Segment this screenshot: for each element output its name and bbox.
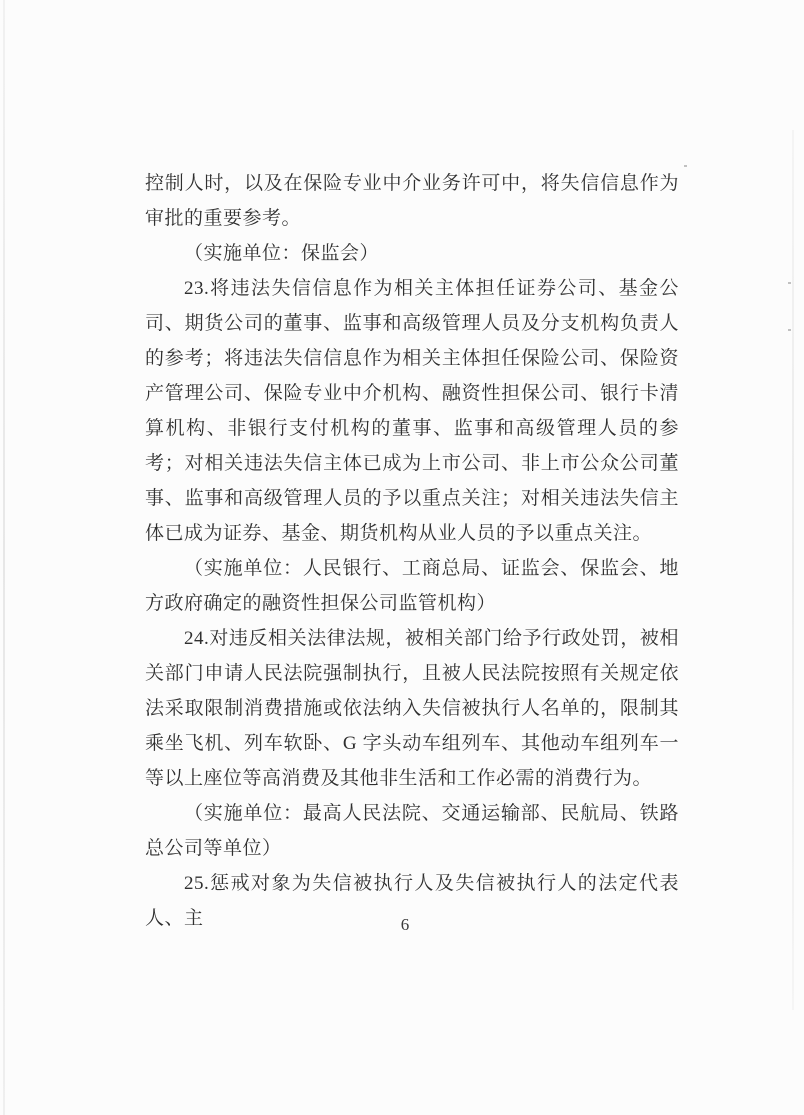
paragraph-item-23: 23.将违法失信信息作为相关主体担任证券公司、基金公司、期货公司的董事、监事和高… [145,271,679,551]
document-page: 控制人时，以及在保险专业中介业务许可中，将失信信息作为审批的重要参考。 （实施单… [0,0,804,1115]
scan-edge-left [3,0,5,1115]
implementing-unit-note: （实施单位：最高人民法院、交通运输部、民航局、铁路总公司等单位） [145,796,679,866]
scan-speck [788,282,791,284]
document-body: 控制人时，以及在保险专业中介业务许可中，将失信信息作为审批的重要参考。 （实施单… [145,166,679,936]
page-number: 6 [145,915,665,935]
paragraph-continuation: 控制人时，以及在保险专业中介业务许可中，将失信信息作为审批的重要参考。 [145,166,679,236]
implementing-unit-note: （实施单位：人民银行、工商总局、证监会、保监会、地方政府确定的融资性担保公司监管… [145,551,679,621]
implementing-unit-note: （实施单位：保监会） [145,236,679,271]
scan-speck [684,165,687,167]
scan-speck [788,329,791,331]
paragraph-item-24: 24.对违反相关法律法规，被相关部门给予行政处罚，被相关部门申请人民法院强制执行… [145,621,679,796]
scan-edge-right [792,130,794,1010]
